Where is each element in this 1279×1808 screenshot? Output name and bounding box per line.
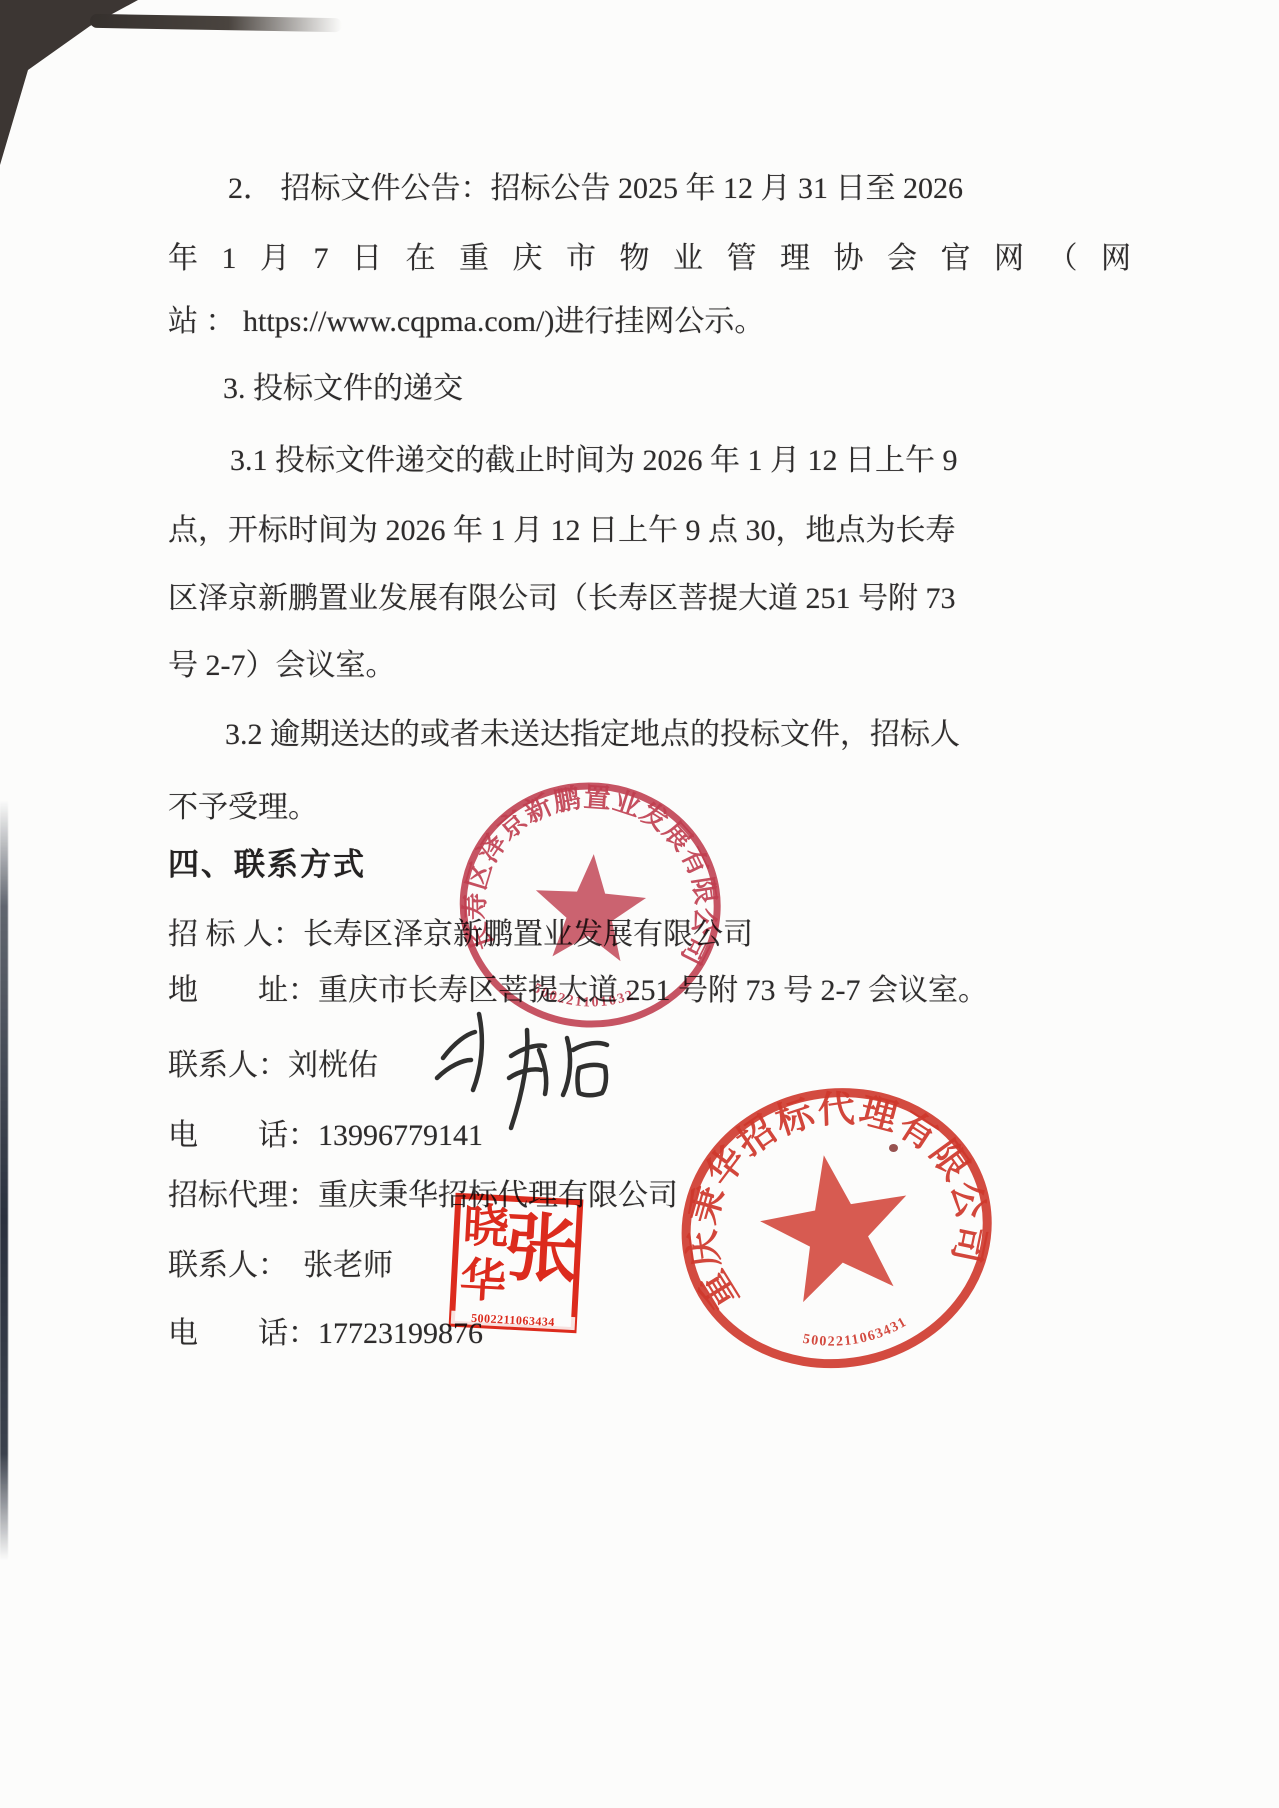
- doc-line-tender-announcement: 2． 招标文件公告：招标公告 2025 年 12 月 31 日至 2026: [228, 163, 963, 207]
- seal-code-text: 500221101032: [529, 980, 638, 1013]
- seal-char-right: 张: [503, 1211, 579, 1289]
- scan-artifact-ink-dot: [889, 1144, 898, 1152]
- doc-line: 点，开标时间为 2026 年 1 月 12 日上午 9 点 30，地点为长寿: [168, 505, 956, 549]
- doc-line-agency: 招标代理：重庆秉华招标代理有限公司: [168, 1170, 678, 1214]
- seal-char-top-left: 晓: [462, 1203, 510, 1251]
- scanned-document-page: 2． 招标文件公告：招标公告 2025 年 12 月 31 日至 2026 年 …: [0, 0, 1279, 1808]
- doc-line-agency-phone: 电 话：17723199876: [168, 1308, 483, 1352]
- doc-line: 号 2-7）会议室。: [168, 640, 396, 684]
- doc-line-agency-contact: 联系人： 张老师: [168, 1240, 393, 1284]
- doc-line: 年 1 月 7 日 在 重 庆 市 物 业 管 理 协 会 官 网 （ 网: [168, 233, 1135, 277]
- bidder-company-seal: 长寿区泽京新鹏置业发展有限公司 500221101032: [436, 762, 744, 1054]
- doc-line-deadline: 3.1 投标文件递交的截止时间为 2026 年 1 月 12 日上午 9: [230, 435, 958, 479]
- seal-code-text: 5002211063434: [451, 1311, 576, 1330]
- doc-line-contact-person: 联系人：刘桄佑: [168, 1040, 378, 1084]
- agency-company-seal: 重庆秉华招标代理有限公司 5002211063431: [642, 1052, 1034, 1407]
- seal-star-icon: [751, 1142, 922, 1307]
- doc-line: 区泽京新鹏置业发展有限公司（长寿区菩提大道 251 号附 73: [168, 573, 956, 617]
- seal-star-icon: [531, 850, 648, 962]
- doc-line-submission-heading: 3. 投标文件的递交: [223, 363, 463, 407]
- doc-line-late-delivery: 3.2 逾期送达的或者未送达指定地点的投标文件，招标人: [225, 709, 960, 753]
- scan-artifact-top-streak: [90, 14, 342, 32]
- seal-char-bottom-left: 华: [459, 1257, 507, 1305]
- scan-artifact-left-edge: [0, 800, 8, 1560]
- svg-text:500221101032: 500221101032: [529, 980, 638, 1013]
- doc-line: 不予受理。: [168, 782, 318, 826]
- doc-line-website: 站 ： https://www.cqpma.com/)进行挂网公示。: [168, 296, 764, 340]
- section-heading-contact: 四、联系方式: [168, 839, 366, 884]
- contact-name-seal: 晓 华 张 5002211063434: [449, 1193, 584, 1334]
